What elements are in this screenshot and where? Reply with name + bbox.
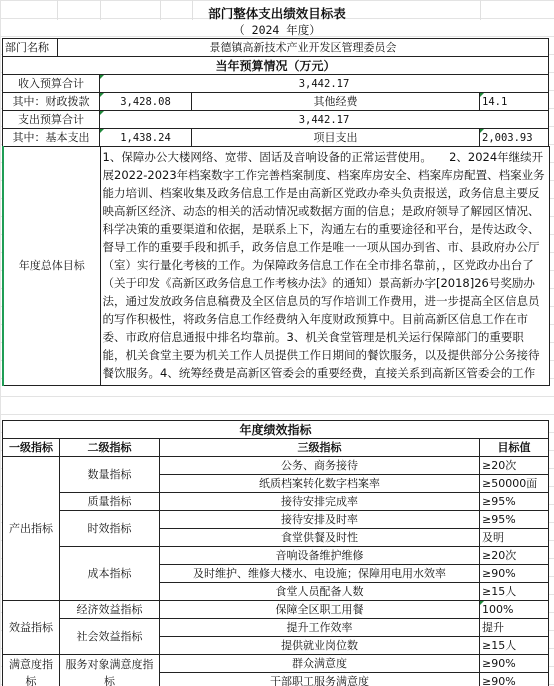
project-expense-value[interactable]: 2,003.93 (480, 129, 549, 147)
target-value[interactable]: 提升 (480, 619, 549, 637)
level3-indicator[interactable]: 保障全区职工用餐 (160, 601, 480, 619)
basic-expense-value[interactable]: 1,438.24 (100, 129, 192, 147)
income-total-label[interactable]: 收入预算合计 (3, 75, 100, 93)
annual-goal-text: 1、保障办公大楼网络、宽带、固话及音响设备的正常运营使用。 2、2024年继续开… (103, 148, 547, 380)
level2-economic[interactable]: 经济效益指标 (60, 601, 160, 619)
level2-quality[interactable]: 质量指标 (60, 493, 160, 511)
performance-header: 年度绩效指标 (3, 421, 549, 439)
level1-benefit[interactable]: 效益指标 (3, 601, 60, 655)
level3-indicator[interactable]: 提升工作效率 (160, 619, 480, 637)
level2-cost[interactable]: 成本指标 (60, 547, 160, 601)
level3-indicator[interactable]: 音响设备维护维修 (160, 547, 480, 565)
department-table: 部门名称 景德镇高新技术产业开发区管理委员会 (2, 38, 549, 57)
level2-social[interactable]: 社会效益指标 (60, 619, 160, 655)
page-title: 部门整体支出绩效目标表 (0, 4, 554, 22)
page-subtitle: （ 2024 年度） (0, 22, 554, 38)
level3-indicator[interactable]: 公务、商务接待 (160, 457, 480, 475)
annual-goal-cell[interactable]: 1、保障办公大楼网络、宽带、固话及音响设备的正常运营使用。 2、2024年继续开… (100, 147, 549, 386)
target-value[interactable]: ≥20次 (480, 547, 549, 565)
target-value[interactable]: 及明 (480, 529, 549, 547)
target-value[interactable]: ≥95% (480, 511, 549, 529)
column-header-level2: 二级指标 (60, 439, 160, 457)
department-value[interactable]: 景德镇高新技术产业开发区管理委员会 (58, 39, 549, 57)
department-label[interactable]: 部门名称 (3, 39, 58, 57)
target-value[interactable]: ≥95% (480, 493, 549, 511)
level3-indicator[interactable]: 接待安排及时率 (160, 511, 480, 529)
level1-satisfaction[interactable]: 满意度指标 (3, 655, 60, 686)
level3-indicator[interactable]: 食堂供餐及时性 (160, 529, 480, 547)
fiscal-label[interactable]: 其中：财政拨款 (3, 93, 100, 111)
target-value[interactable]: ≥90% (480, 565, 549, 583)
basic-expense-label[interactable]: 其中：基本支出 (3, 129, 100, 147)
annual-goal-label[interactable]: 年度总体目标 (3, 147, 100, 386)
level3-indicator[interactable]: 纸质档案转化数字档案率 (160, 475, 480, 493)
level1-output[interactable]: 产出指标 (3, 457, 60, 601)
performance-table: 年度绩效指标 一级指标 二级指标 三级指标 目标值 产出指标 数量指标 公务、商… (2, 420, 549, 686)
other-funds-label[interactable]: 其他经费 (192, 93, 480, 111)
level2-service-satisfaction[interactable]: 服务对象满意度指标 (60, 655, 160, 686)
target-value[interactable]: 100% (480, 601, 549, 619)
level2-quantity[interactable]: 数量指标 (60, 457, 160, 493)
level3-indicator[interactable]: 接待安排完成率 (160, 493, 480, 511)
level3-indicator[interactable]: 群众满意度 (160, 655, 480, 673)
income-total-value[interactable]: 3,442.17 (100, 75, 549, 93)
target-value[interactable]: ≥90% (480, 655, 549, 673)
level3-indicator[interactable]: 干部职工服务满意度 (160, 673, 480, 686)
level3-indicator[interactable]: 提供就业岗位数 (160, 637, 480, 655)
level3-indicator[interactable]: 及时维护、维修大楼水、电设施；保障用电用水效率 (160, 565, 480, 583)
column-header-level3: 三级指标 (160, 439, 480, 457)
column-header-level1: 一级指标 (3, 439, 60, 457)
budget-header: 当年预算情况（万元） (3, 57, 549, 75)
fiscal-value[interactable]: 3,428.08 (100, 93, 192, 111)
target-value[interactable]: ≥15人 (480, 637, 549, 655)
project-expense-label[interactable]: 项目支出 (192, 129, 480, 147)
target-value[interactable]: ≥15人 (480, 583, 549, 601)
target-value[interactable]: ≥20次 (480, 457, 549, 475)
budget-table: 当年预算情况（万元） 收入预算合计 3,442.17 其中：财政拨款 3,428… (2, 56, 549, 147)
annual-goal-table: 年度总体目标 1、保障办公大楼网络、宽带、固话及音响设备的正常运营使用。 2、2… (2, 146, 550, 386)
level3-indicator[interactable]: 食堂人员配备人数 (160, 583, 480, 601)
expense-total-value[interactable]: 3,442.17 (100, 111, 549, 129)
other-funds-value[interactable]: 14.1 (480, 93, 549, 111)
expense-total-label[interactable]: 支出预算合计 (3, 111, 100, 129)
target-value[interactable]: ≥50000面 (480, 475, 549, 493)
column-header-target: 目标值 (480, 439, 549, 457)
level2-timeliness[interactable]: 时效指标 (60, 511, 160, 547)
target-value[interactable]: ≥90% (480, 673, 549, 686)
